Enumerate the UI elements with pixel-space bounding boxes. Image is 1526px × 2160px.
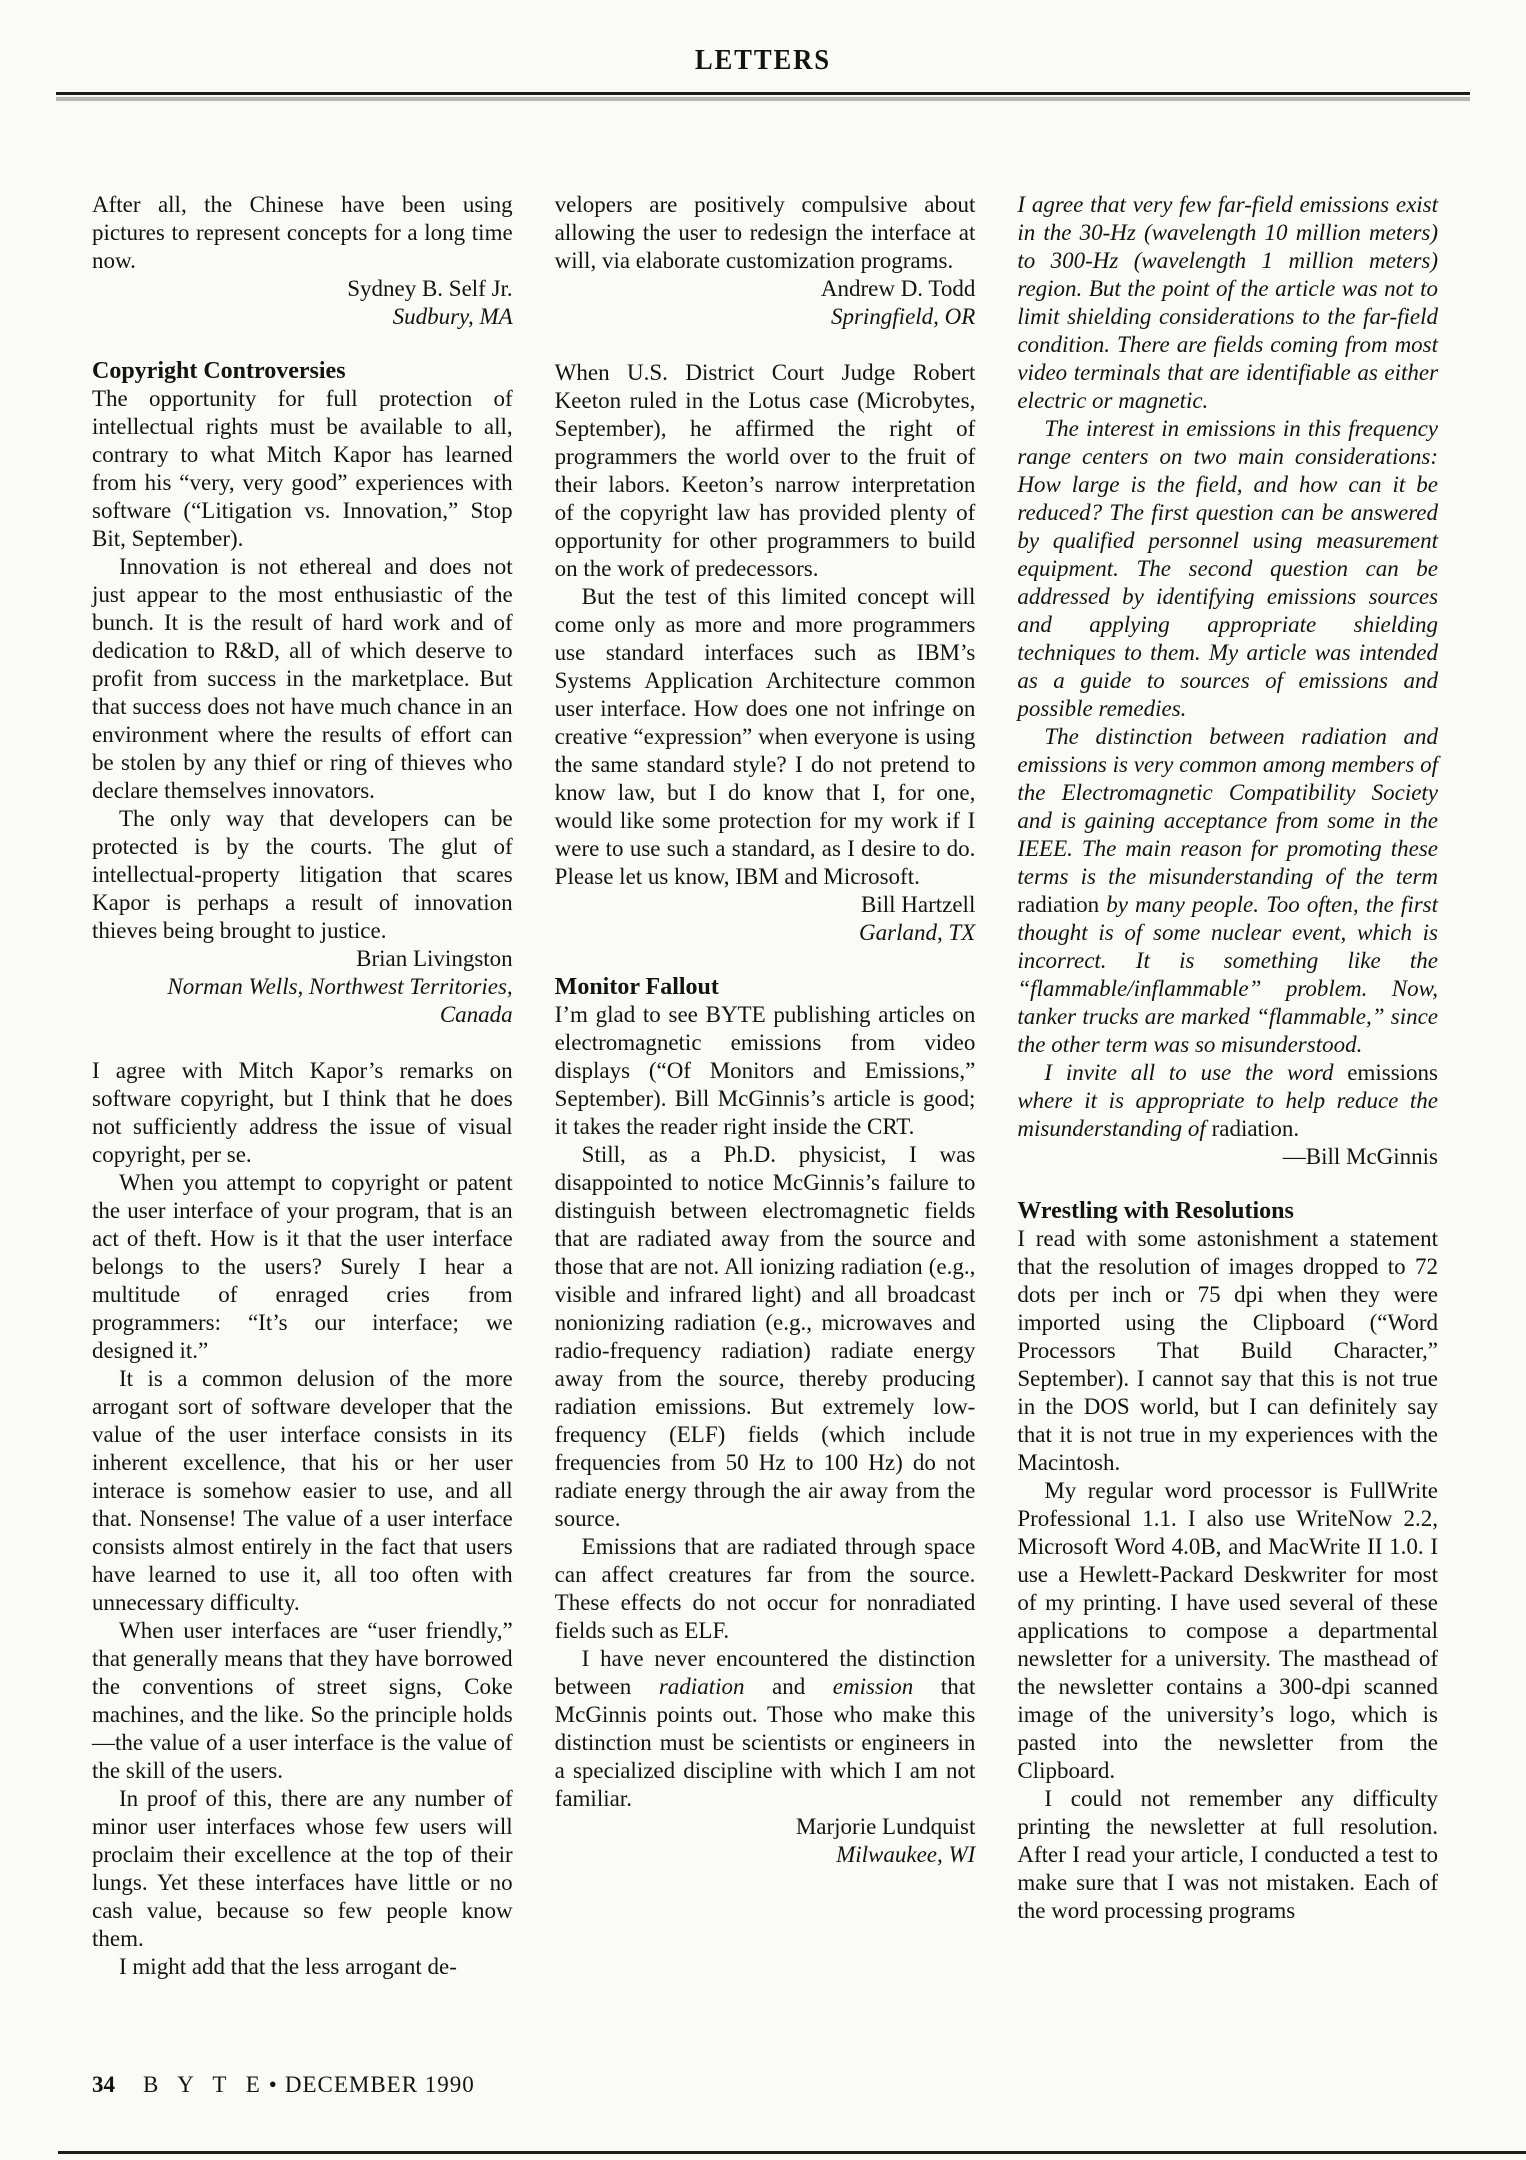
page-footer: 34B Y T E•DECEMBER 1990 (92, 2072, 475, 2098)
signature-block: Marjorie LundquistMilwaukee, WI (555, 1813, 976, 1869)
letter-paragraph: I invite all to use the word emissions w… (1017, 1059, 1438, 1143)
letter-heading: Monitor Fallout (555, 973, 976, 1001)
letter-paragraph: Emissions that are radiated through spac… (555, 1533, 976, 1645)
letter-paragraph: Innovation is not ethereal and does not … (92, 553, 513, 805)
emphasized-text: I agree that very few far-field emission… (1017, 192, 1438, 413)
letter-paragraph: I could not remember any difficulty prin… (1017, 1785, 1438, 1925)
letter-paragraph: The opportunity for full protection of i… (92, 385, 513, 553)
letter-heading: Copyright Controversies (92, 357, 513, 385)
signature-location: Norman Wells, Northwest Territories, (92, 973, 513, 1001)
emphasized-text: emission (833, 1674, 914, 1699)
footer-bullet: • (269, 2072, 277, 2097)
letters-body: After all, the Chinese have been using p… (0, 97, 1526, 1981)
body-text: In proof of this, there are any number o… (92, 1786, 513, 1951)
letter-paragraph: After all, the Chinese have been using p… (92, 191, 513, 275)
body-text: I read with some astonishment a statemen… (1017, 1226, 1438, 1475)
body-text: When U.S. District Court Judge Robert Ke… (555, 360, 976, 581)
signature-block: Bill HartzellGarland, TX (555, 891, 976, 947)
letter-paragraph: I might add that the less arrogant de- (92, 1953, 513, 1981)
letter-paragraph: The only way that developers can be prot… (92, 805, 513, 945)
signature-location: Milwaukee, WI (555, 1841, 976, 1869)
signature-name: Andrew D. Todd (555, 275, 976, 303)
letter-paragraph: I read with some astonishment a statemen… (1017, 1225, 1438, 1477)
letter-paragraph: In proof of this, there are any number o… (92, 1785, 513, 1953)
signature-block: Brian LivingstonNorman Wells, Northwest … (92, 945, 513, 1029)
letter-heading: Wrestling with Resolutions (1017, 1197, 1438, 1225)
issue-date: DECEMBER 1990 (285, 2072, 475, 2097)
letter-paragraph: The interest in emissions in this freque… (1017, 415, 1438, 723)
body-text: When you attempt to copyright or patent … (92, 1170, 513, 1363)
emphasized-text: The interest in emissions in this freque… (1017, 416, 1438, 721)
letter-paragraph: I’m glad to see BYTE publishing articles… (555, 1001, 976, 1141)
body-text: and (744, 1674, 832, 1699)
letter-paragraph: My regular word processor is FullWrite P… (1017, 1477, 1438, 1785)
signature-location: Sudbury, MA (92, 303, 513, 331)
column-1: After all, the Chinese have been using p… (92, 191, 513, 1981)
magazine-name: B Y T E (143, 2072, 267, 2097)
body-text: radiation (1017, 892, 1099, 917)
column-2: velopers are positively compulsive about… (555, 191, 976, 1981)
letter-paragraph: I have never encountered the distinction… (555, 1645, 976, 1813)
letter-paragraph: It is a common delusion of the more arro… (92, 1365, 513, 1617)
letter-paragraph: The distinction between radiation and em… (1017, 723, 1438, 1059)
signature-location: Canada (92, 1001, 513, 1029)
body-text: I’m glad to see BYTE publishing articles… (555, 1002, 976, 1139)
signature-name: Brian Livingston (92, 945, 513, 973)
letter-paragraph: When you attempt to copyright or patent … (92, 1169, 513, 1365)
body-text: My regular word processor is FullWrite P… (1017, 1478, 1438, 1783)
column-3: I agree that very few far-field emission… (1017, 191, 1438, 1981)
body-text: When user interfaces are “user friendly,… (92, 1618, 513, 1783)
body-text: velopers are positively compulsive about… (555, 192, 976, 273)
letter-paragraph: I agree with Mitch Kapor’s remarks on so… (92, 1057, 513, 1169)
letter-paragraph: velopers are positively compulsive about… (555, 191, 976, 275)
signature-name: —Bill McGinnis (1017, 1143, 1438, 1171)
body-text: I might add that the less arrogant de- (119, 1954, 457, 1979)
signature-location: Garland, TX (555, 919, 976, 947)
footer-rule (58, 2151, 1526, 2154)
body-text: It is a common delusion of the more arro… (92, 1366, 513, 1615)
letter-paragraph: Still, as a Ph.D. physicist, I was disap… (555, 1141, 976, 1533)
body-text: The only way that developers can be prot… (92, 806, 513, 943)
signature-block: —Bill McGinnis (1017, 1143, 1438, 1171)
body-text: Emissions that are radiated through spac… (555, 1534, 976, 1643)
page-header: LETTERS (0, 0, 1526, 77)
signature-name: Sydney B. Self Jr. (92, 275, 513, 303)
emphasized-text: radiation (659, 1674, 745, 1699)
page-number: 34 (92, 2072, 115, 2097)
signature-name: Bill Hartzell (555, 891, 976, 919)
body-text: But the test of this limited concept wil… (555, 584, 976, 889)
letter-paragraph: When user interfaces are “user friendly,… (92, 1617, 513, 1785)
signature-block: Sydney B. Self Jr.Sudbury, MA (92, 275, 513, 331)
body-text: I agree with Mitch Kapor’s remarks on so… (92, 1058, 513, 1167)
emphasized-text: I invite all to use the word (1044, 1060, 1347, 1085)
body-text: After all, the Chinese have been using p… (92, 192, 513, 273)
letter-paragraph: When U.S. District Court Judge Robert Ke… (555, 359, 976, 583)
signature-location: Springfield, OR (555, 303, 976, 331)
body-text: emissions (1347, 1060, 1438, 1085)
signature-block: Andrew D. ToddSpringfield, OR (555, 275, 976, 331)
letter-paragraph: But the test of this limited concept wil… (555, 583, 976, 891)
body-text: radiation. (1212, 1116, 1300, 1141)
page-title: LETTERS (695, 44, 831, 77)
letter-paragraph: I agree that very few far-field emission… (1017, 191, 1438, 415)
body-text: I could not remember any difficulty prin… (1017, 1786, 1438, 1923)
emphasized-text: The distinction between radiation and em… (1017, 724, 1438, 889)
body-text: The opportunity for full protection of i… (92, 386, 513, 551)
body-text: Still, as a Ph.D. physicist, I was disap… (555, 1142, 976, 1531)
body-text: Innovation is not ethereal and does not … (92, 554, 513, 803)
signature-name: Marjorie Lundquist (555, 1813, 976, 1841)
